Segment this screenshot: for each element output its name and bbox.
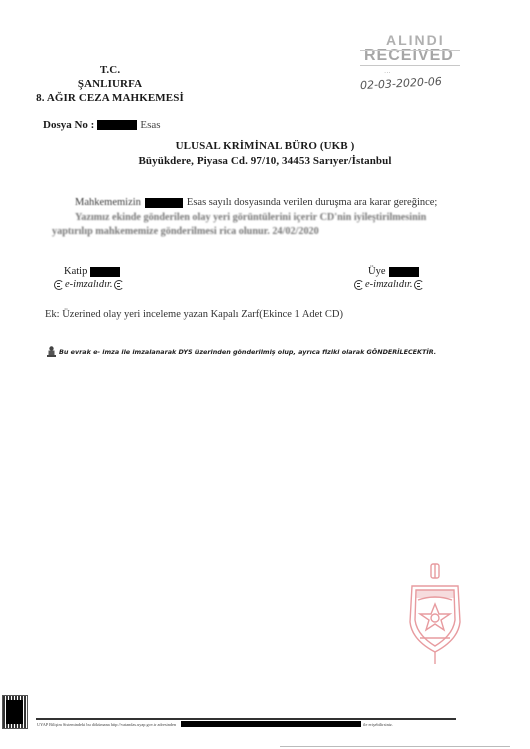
signature-member-esign: e-imzalıdır.	[354, 279, 474, 290]
document-qr-code	[2, 695, 28, 729]
body-line-2: Yazımız ekinde gönderilen olay yeri görü…	[75, 212, 426, 223]
footer-text-prefix: UYAP Bilişim Sistemindeki bu dökümana ht…	[37, 722, 176, 727]
signature-member-name-redacted	[389, 267, 419, 277]
received-stamp: ALINDI RECEIVED ... 02-03-2020-06	[360, 30, 480, 100]
e-signature-icon	[114, 280, 124, 290]
body-line-1-prefix: Mahkememizin	[75, 197, 141, 208]
file-number-suffix: Esas	[140, 119, 160, 131]
footer-redacted-code	[181, 721, 361, 727]
stamp-rule-bottom	[360, 65, 460, 66]
header-city: ŞANLIURFA	[40, 78, 180, 90]
recipient-name: ULUSAL KRİMİNAL BÜRO (UKB )	[80, 140, 450, 152]
footer-text-suffix: ile erişebilirsiniz.	[363, 722, 393, 727]
stamp-handwritten-date: 02-03-2020-06	[360, 75, 442, 92]
e-signature-icon	[354, 280, 364, 290]
signature-clerk-role: Katip	[64, 266, 87, 277]
dys-notice: Bu evrak e- imza ile imzalanarak DYS üze…	[47, 346, 436, 357]
signature-member-role: Üye	[368, 266, 386, 277]
stamp-line-alindi: ALINDI	[386, 32, 445, 48]
signature-clerk-esign: e-imzalıdır.	[54, 279, 174, 290]
file-number-row: Dosya No : Esas	[43, 119, 161, 131]
shield-seal-icon	[400, 560, 470, 670]
recipient-address: Büyükdere, Piyasa Cd. 97/10, 34453 Sarıy…	[80, 155, 450, 167]
official-seal	[400, 560, 470, 670]
e-signature-icon	[54, 280, 64, 290]
body-redacted-number	[145, 198, 183, 208]
signature-clerk-name-redacted	[90, 267, 120, 277]
attachment-line: Ek: Üzerined olay yeri inceleme yazan Ka…	[45, 309, 343, 320]
body-line-1-suffix: Esas sayılı dosyasında verilen duruşma a…	[187, 197, 437, 208]
file-number-label: Dosya No :	[43, 119, 94, 131]
header-country: T.C.	[60, 64, 160, 76]
dys-notice-text: Bu evrak e- imza ile imzalanarak DYS üze…	[59, 348, 436, 356]
footer-text-row: UYAP Bilişim Sistemindeki bu dökümana ht…	[37, 721, 497, 727]
signature-member-esign-text: e-imzalıdır.	[365, 279, 413, 290]
page-bottom-edge	[280, 746, 510, 747]
signature-clerk: Katip e-imzalıdır.	[54, 266, 174, 290]
signature-clerk-esign-text: e-imzalıdır.	[65, 279, 113, 290]
stamp-person-icon	[47, 346, 56, 357]
signature-member: Üye e-imzalıdır.	[354, 266, 474, 290]
stamp-rule-top	[360, 50, 460, 51]
header-court: 8. AĞIR CEZA MAHKEMESİ	[20, 92, 200, 104]
body-line-1: Mahkememizin Esas sayılı dosyasında veri…	[75, 197, 437, 208]
file-number-redacted	[97, 120, 137, 130]
body-line-3: yaptırılıp mahkememize gönderilmesi rica…	[52, 226, 319, 237]
stamp-line-small: ...	[384, 66, 391, 75]
footer-rule	[36, 718, 456, 720]
e-signature-icon	[414, 280, 424, 290]
